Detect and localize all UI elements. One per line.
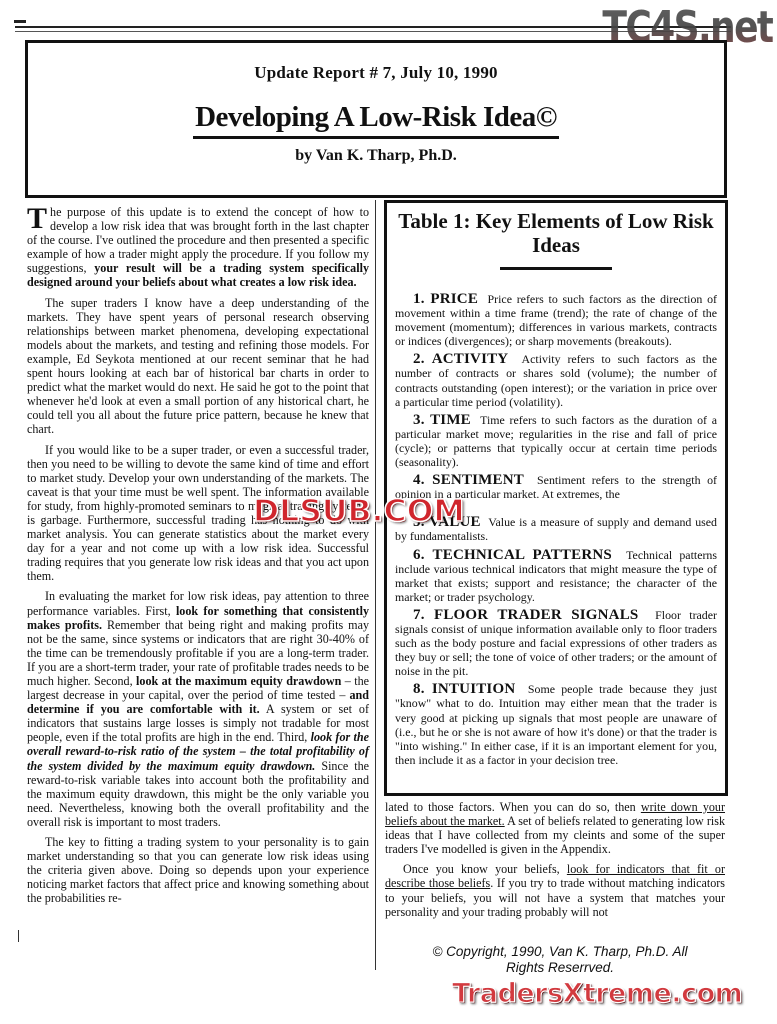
paragraph-intro: The purpose of this update is to extend … <box>27 205 369 290</box>
header-box: Update Report # 7, July 10, 1990 Develop… <box>25 40 727 198</box>
title-text: Developing A Low-Risk Idea© <box>193 101 559 139</box>
paragraph-super-traders: The super traders I know have a deep und… <box>27 296 369 437</box>
paragraph-write-beliefs: lated to those factors. When you can do … <box>385 800 725 856</box>
paragraph-performance-variables: In evaluating the market for low risk id… <box>27 589 369 829</box>
table-title-rule <box>500 267 612 270</box>
page-title: Developing A Low-Risk Idea© <box>28 101 724 139</box>
item-head: 4. SENTIMENT <box>413 472 524 488</box>
paragraph-indicators: Once you know your beliefs, look for ind… <box>385 862 725 918</box>
copyright-line-2: Rights Reserrved. <box>395 960 725 976</box>
item-head: 7. FLOOR TRADER SIGNALS <box>413 607 638 623</box>
copyright-line-1: © Copyright, 1990, Van K. Tharp, Ph.D. A… <box>395 944 725 960</box>
drop-cap: T <box>27 207 47 231</box>
item-head: 8. INTUITION <box>413 681 515 697</box>
item-head: 2. ACTIVITY <box>413 351 508 367</box>
wb-text-a: lated to those factors. When you can do … <box>385 800 641 814</box>
table-item-time: 3. TIME Time refers to such factors as t… <box>395 413 717 469</box>
margin-tick <box>14 20 26 23</box>
ind-text-a: Once you know your beliefs, <box>403 862 567 876</box>
table-item-intuition: 8. INTUITION Some people trade because t… <box>395 682 717 767</box>
table-item-floor-trader-signals: 7. FLOOR TRADER SIGNALS Floor trader sig… <box>395 608 717 678</box>
copyright-notice: © Copyright, 1990, Van K. Tharp, Ph.D. A… <box>395 944 725 976</box>
table-item-activity: 2. ACTIVITY Activity refers to such fact… <box>395 352 717 408</box>
item-head: 1. PRICE <box>413 291 478 307</box>
right-column-continuation: lated to those factors. When you can do … <box>385 800 725 925</box>
table-item-technical-patterns: 6. TECHNICAL PATTERNS Technical patterns… <box>395 548 717 604</box>
pv-bold-2: look at the maximum equity drawdown <box>136 674 341 688</box>
left-column: The purpose of this update is to extend … <box>27 205 369 912</box>
item-head: 3. TIME <box>413 412 471 428</box>
margin-mark <box>18 930 19 942</box>
item-head: 6. TECHNICAL PATTERNS <box>413 547 612 563</box>
watermark-tradersxtreme: TradersXtreme.com <box>452 978 742 1009</box>
watermark-dlsub: DLSUB.COM <box>253 494 465 529</box>
column-divider <box>375 200 376 970</box>
paragraph-key-fitting: The key to fitting a trading system to y… <box>27 835 369 905</box>
report-line: Update Report # 7, July 10, 1990 <box>28 63 724 83</box>
table-title: Table 1: Key Elements of Low Risk Ideas <box>395 209 717 257</box>
author-line: by Van K. Tharp, Ph.D. <box>28 147 724 165</box>
table-item-price: 1. PRICE Price refers to such factors as… <box>395 292 717 348</box>
